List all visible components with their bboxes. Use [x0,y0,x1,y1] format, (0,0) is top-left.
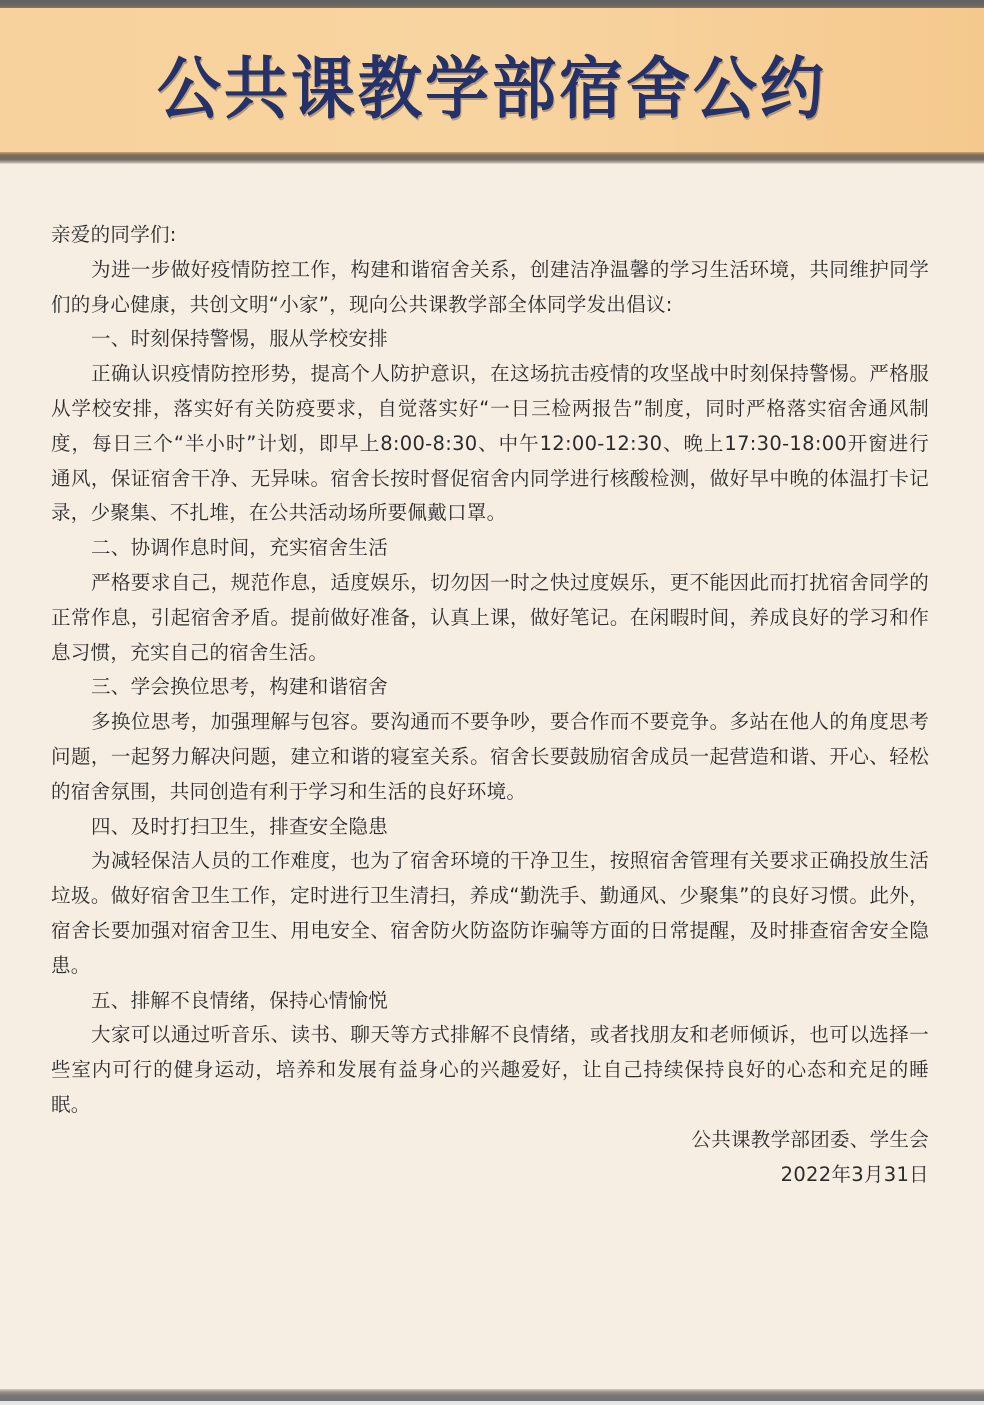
salutation: 亲爱的同学们: [51,218,929,253]
signature-date: 2022年3月31日 [51,1158,929,1193]
section-heading-1: 一、时刻保持警惕，服从学校安排 [51,322,929,357]
bottom-strip [0,1401,984,1405]
top-border [0,0,984,8]
section-heading-3: 三、学会换位思考，构建和谐宿舍 [51,670,929,705]
section-text-4: 为减轻保洁人员的工作难度，也为了宿舍环境的干净卫生，按照宿舍管理有关要求正确投放… [51,844,929,983]
title-banner: 公共课教学部宿舍公约 [0,8,984,152]
section-heading-4: 四、及时打扫卫生，排查安全隐患 [51,810,929,845]
page-title: 公共课教学部宿舍公约 [157,28,827,132]
document-body: 亲爱的同学们: 为进一步做好疫情防控工作，构建和谐宿舍关系，创建洁净温馨的学习生… [51,218,929,1192]
bottom-border [0,1389,984,1401]
banner-shadow [0,152,984,164]
section-text-3: 多换位思考，加强理解与包容。要沟通而不要争吵，要合作而不要竞争。多站在他人的角度… [51,705,929,809]
section-text-2: 严格要求自己，规范作息，适度娱乐，切勿因一时之快过度娱乐，更不能因此而打扰宿舍同… [51,566,929,670]
intro-paragraph: 为进一步做好疫情防控工作，构建和谐宿舍关系，创建洁净温馨的学习生活环境，共同维护… [51,253,929,323]
section-text-1: 正确认识疫情防控形势，提高个人防护意识，在这场抗击疫情的攻坚战中时刻保持警惕。严… [51,357,929,531]
section-heading-5: 五、排解不良情绪，保持心情愉悦 [51,984,929,1019]
section-heading-2: 二、协调作息时间，充实宿舍生活 [51,531,929,566]
section-text-5: 大家可以通过听音乐、读书、聊天等方式排解不良情绪，或者找朋友和老师倾诉，也可以选… [51,1018,929,1122]
signature-organization: 公共课教学部团委、学生会 [51,1123,929,1158]
